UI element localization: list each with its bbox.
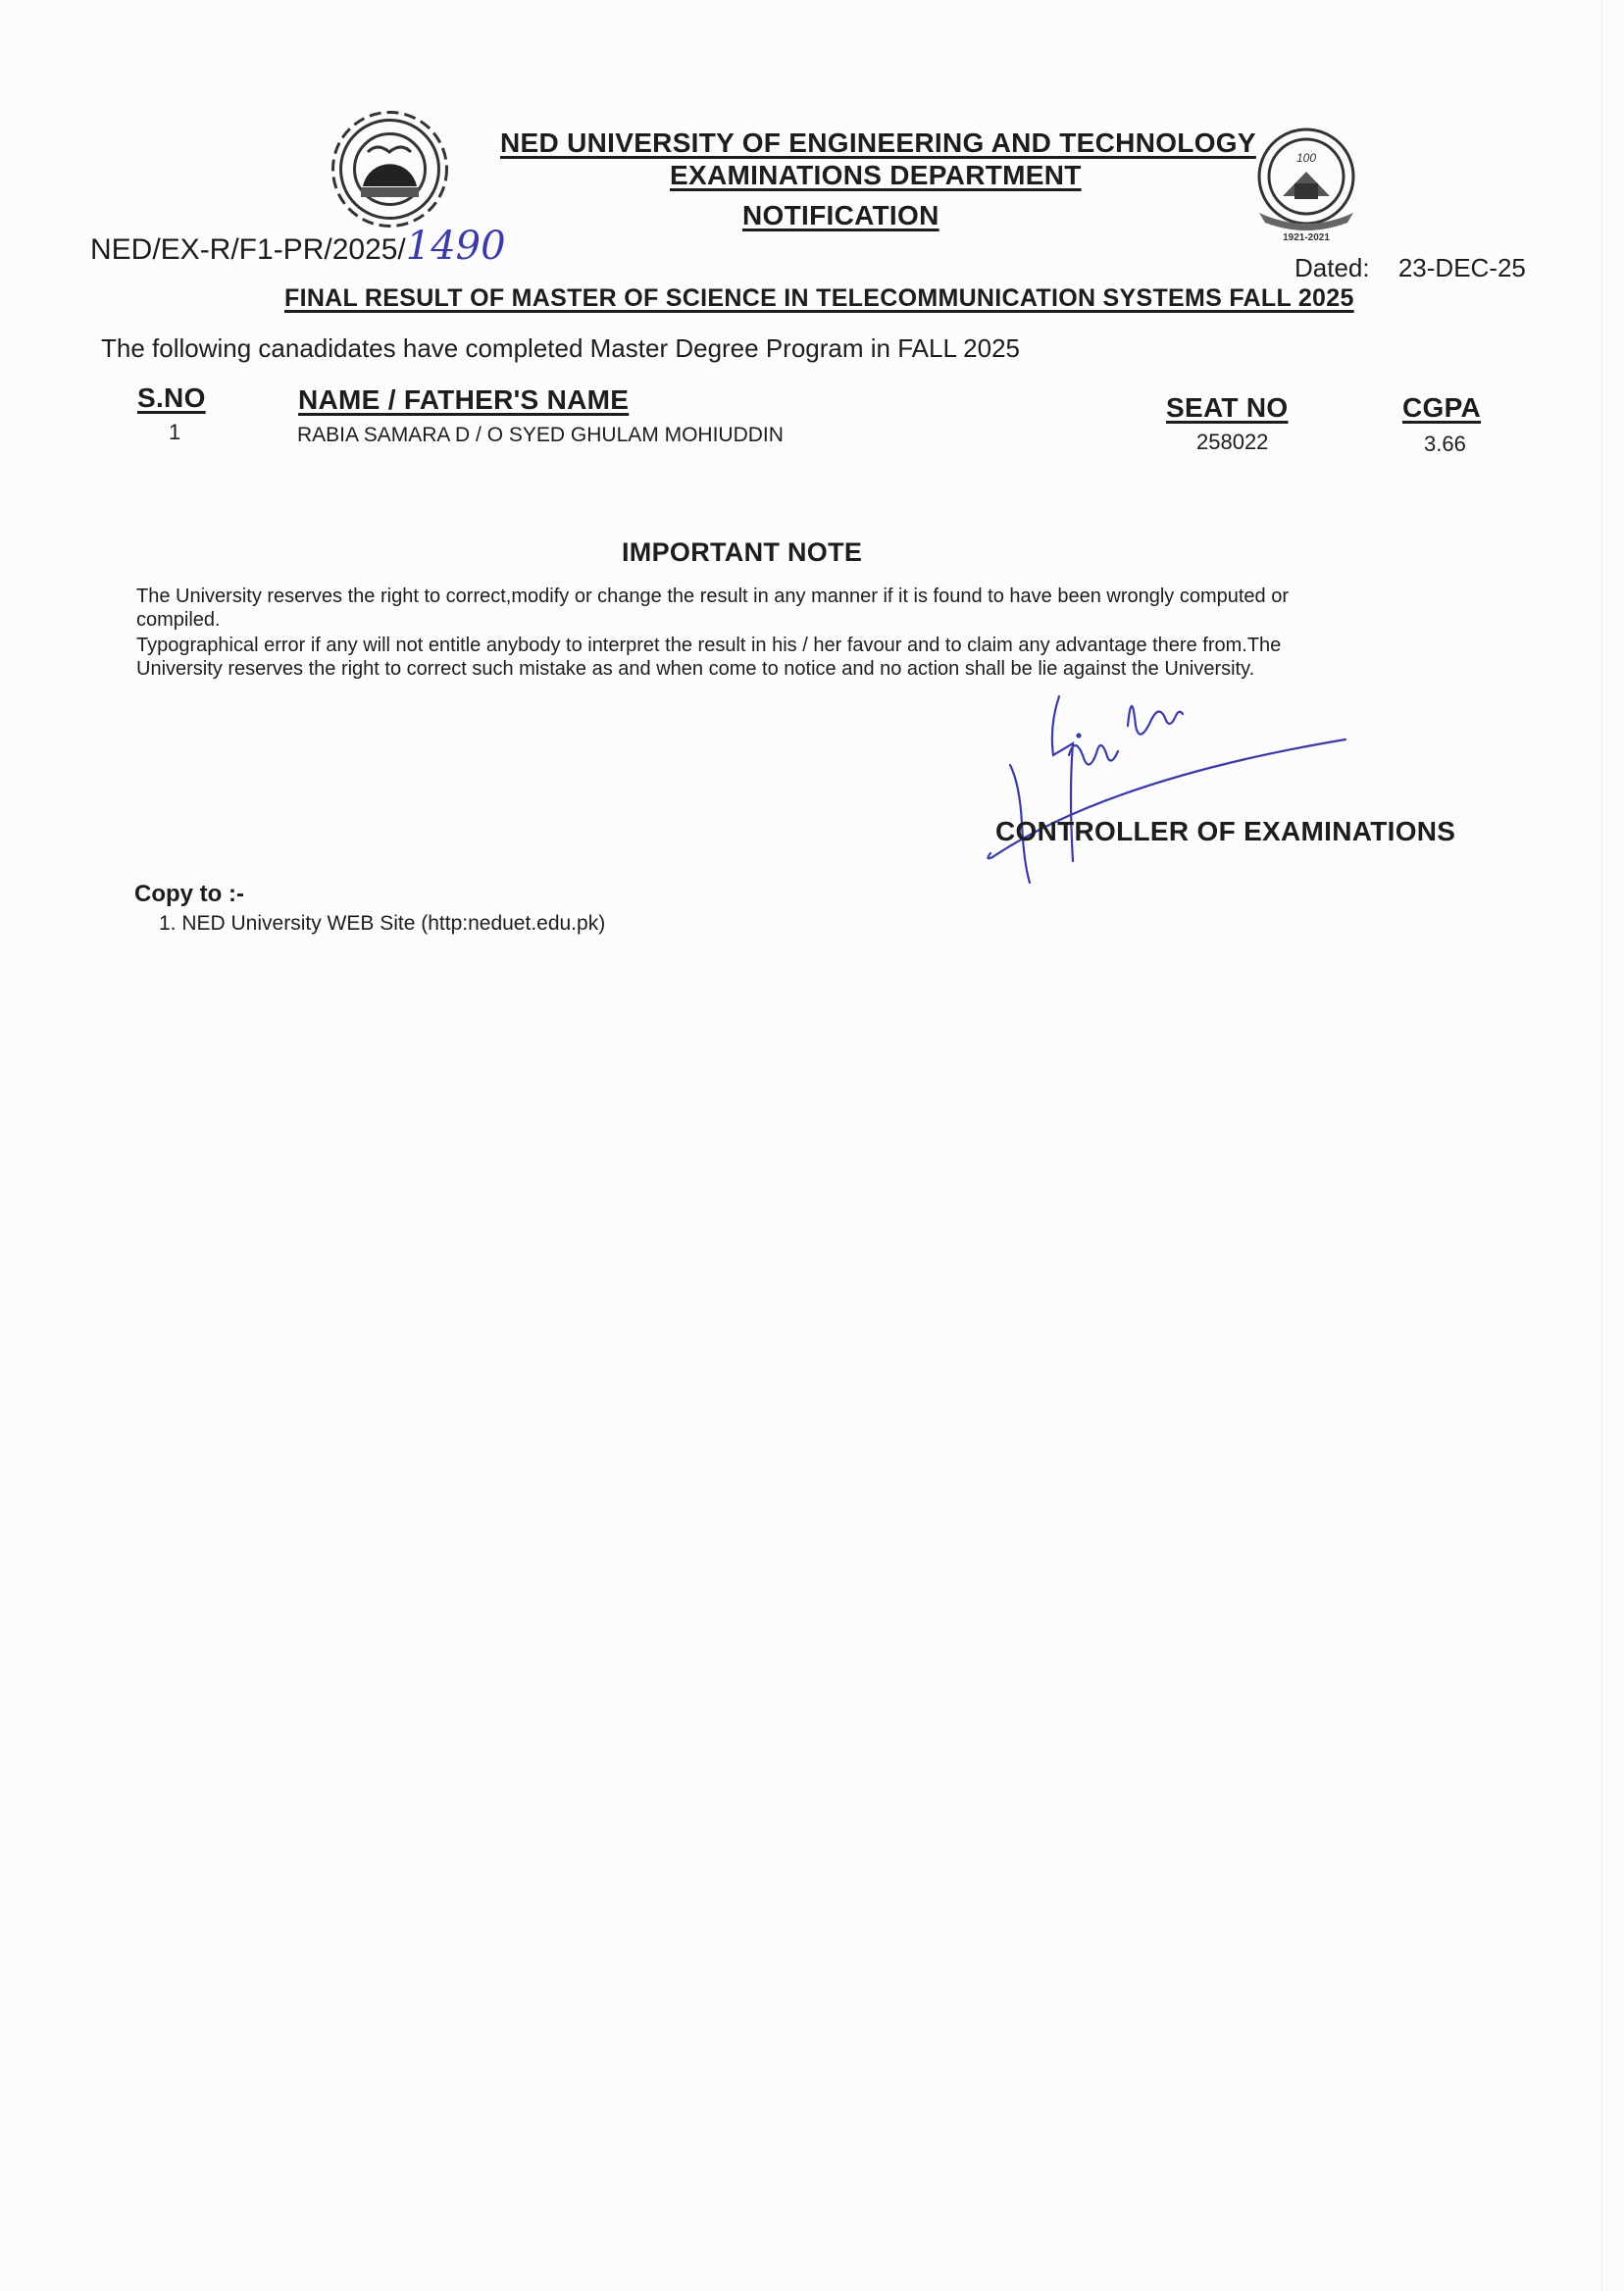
- department-name: EXAMINATIONS DEPARTMENT: [670, 160, 1082, 191]
- controller-title: CONTROLLER OF EXAMINATIONS: [995, 816, 1455, 847]
- centenary-number: 100: [1296, 151, 1316, 165]
- centenary-years: 1921-2021: [1283, 232, 1330, 243]
- column-cgpa: CGPA: [1402, 392, 1481, 424]
- copy-to-item: 1. NED University WEB Site (http:neduet.…: [159, 912, 605, 936]
- important-note-body: The University reserves the right to cor…: [136, 585, 1313, 681]
- reference-number: NED/EX-R/F1-PR/2025/1490: [90, 224, 506, 269]
- dated-value: 23-DEC-25: [1398, 253, 1526, 282]
- important-note-heading: IMPORTANT NOTE: [622, 537, 862, 568]
- reference-prefix: NED/EX-R/F1-PR/2025/: [90, 233, 406, 266]
- note-paragraph-2: Typographical error if any will not enti…: [136, 634, 1313, 681]
- cell-name: RABIA SAMARA D / O SYED GHULAM MOHIUDDIN: [297, 424, 784, 447]
- column-seat-no: SEAT NO: [1166, 392, 1288, 424]
- copy-to-label: Copy to :-: [134, 881, 244, 908]
- result-title: FINAL RESULT OF MASTER OF SCIENCE IN TEL…: [284, 284, 1354, 313]
- university-name: NED UNIVERSITY OF ENGINEERING AND TECHNO…: [500, 127, 1256, 159]
- signature-icon: [981, 687, 1373, 912]
- dated-label: Dated:: [1294, 253, 1370, 282]
- cell-cgpa: 3.66: [1424, 432, 1466, 457]
- scan-edge: [1601, 0, 1602, 2291]
- reference-handwritten: 1490: [406, 224, 506, 269]
- column-name: NAME / FATHER'S NAME: [298, 384, 629, 416]
- dated: Dated: 23-DEC-25: [1294, 253, 1526, 283]
- notification-heading: NOTIFICATION: [742, 200, 939, 231]
- cell-seat-no: 258022: [1196, 430, 1268, 455]
- ned-centenary-logo-icon: 100 1921-2021: [1245, 123, 1368, 245]
- column-sno: S.NO: [137, 382, 206, 414]
- ned-gear-logo-icon: [324, 103, 456, 235]
- cell-sno: 1: [169, 420, 180, 445]
- intro-text: The following canadidates have completed…: [101, 333, 1020, 364]
- note-paragraph-1: The University reserves the right to cor…: [136, 585, 1313, 632]
